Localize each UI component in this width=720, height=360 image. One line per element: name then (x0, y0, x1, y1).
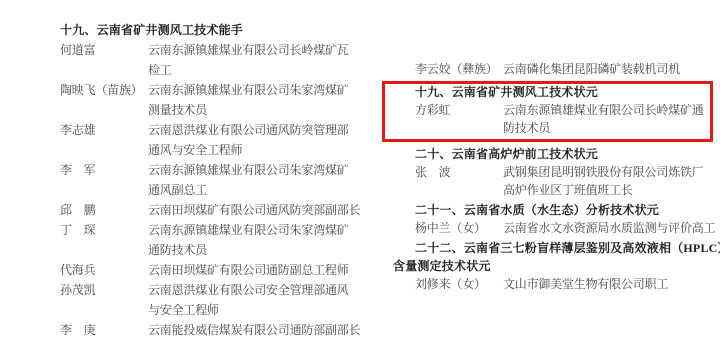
section-heading: 二十一、云南省水质（水生态）分析技术状元 (393, 201, 720, 219)
award-row: 杨中兰（女） 云南省水文水资源局水质监测与评价高工 (393, 219, 720, 237)
left-column: 十九、云南省矿井测风工技术能手 何道富 云南东源镇雄煤业有限公司长岭煤矿瓦 检工… (60, 20, 352, 340)
award-row: 丁 琛 云南东源镇雄煤业有限公司朱家湾煤矿 通防技术员 (60, 220, 352, 260)
awardee-title: 云南恩洪煤业有限公司通风防突管理部 通风与安全工程师 (148, 120, 352, 160)
awardee-title: 云南东源镇雄煤业有限公司朱家湾煤矿 通防技术员 (148, 220, 352, 260)
award-row: 李 庚 云南能投威信煤炭有限公司通防部副部长 (60, 320, 352, 340)
awardee-name: 李志雄 (60, 120, 148, 140)
award-row: 方彩虹 云南东源镇雄煤业有限公司长岭煤矿通 防技术员 (385, 101, 710, 137)
awardee-name: 李 军 (60, 160, 148, 180)
awardee-name: 李云姣（彝族） (415, 60, 503, 78)
award-row: 李 军 云南东源镇雄煤业有限公司朱家湾煤矿 通风副总工 (60, 160, 352, 200)
section-heading: 二十二、云南省三七粉盲样薄层鉴别及高效液相（HPLC） 含量测定技术状元 (393, 239, 720, 275)
highlight-box-red: 十九、云南省矿井测风工技术状元 方彩虹 云南东源镇雄煤业有限公司长岭煤矿通 防技… (382, 81, 713, 142)
awardee-title: 云南恩洪煤业有限公司安全管理部通风 与安全工程师 (148, 280, 352, 320)
section-heading: 二十、云南省高炉炉前工技术状元 (393, 145, 720, 163)
award-row: 刘修来（女） 文山市御美堂生物有限公司职工 (393, 275, 720, 293)
awardee-name: 邱 鹏 (60, 200, 148, 220)
awardee-name: 方彩虹 (415, 101, 503, 119)
document-page: 十九、云南省矿井测风工技术能手 何道富 云南东源镇雄煤业有限公司长岭煤矿瓦 检工… (0, 0, 720, 360)
awardee-title: 云南东源镇雄煤业有限公司朱家湾煤矿 通风副总工 (148, 160, 352, 200)
awardee-title: 武钢集团昆明钢铁股份有限公司炼铁厂 高炉作业区丁班值班工长 (503, 163, 720, 199)
awardee-title: 云南东源镇雄煤业有限公司长岭煤矿通 防技术员 (503, 101, 710, 137)
awardee-name: 丁 琛 (60, 220, 148, 240)
awardee-title: 云南磷化集团昆阳磷矿装载机司机 (503, 60, 720, 78)
awardee-name: 刘修来（女） (415, 275, 503, 293)
awardee-name: 杨中兰（女） (415, 219, 503, 237)
awardee-title: 云南东源镇雄煤业有限公司朱家湾煤矿 测量技术员 (148, 80, 352, 120)
award-row: 邱 鹏 云南田坝煤矿有限公司通风防突部副部长 (60, 200, 352, 220)
awardee-name: 何道富 (60, 40, 148, 60)
section-heading: 十九、云南省矿井测风工技术能手 (60, 20, 352, 40)
awardee-name: 代海兵 (60, 260, 148, 280)
awardee-name: 孙茂凯 (60, 280, 148, 300)
awardee-title: 云南田坝煤矿有限公司通风防突部副部长 (148, 200, 360, 220)
award-row: 代海兵 云南田坝煤矿有限公司通防副总工程师 (60, 260, 352, 280)
award-row: 孙茂凯 云南恩洪煤业有限公司安全管理部通风 与安全工程师 (60, 280, 352, 320)
awardee-name: 张 波 (415, 163, 503, 181)
award-row: 李云姣（彝族） 云南磷化集团昆阳磷矿装载机司机 (393, 60, 720, 78)
awardee-title: 云南田坝煤矿有限公司通防副总工程师 (148, 260, 352, 280)
awardee-title: 云南省水文水资源局水质监测与评价高工 (503, 219, 720, 237)
awardee-name: 李 庚 (60, 320, 148, 340)
awardee-title: 云南东源镇雄煤业有限公司长岭煤矿瓦 检工 (148, 40, 352, 80)
award-row: 何道富 云南东源镇雄煤业有限公司长岭煤矿瓦 检工 (60, 40, 352, 80)
award-row: 张 波 武钢集团昆明钢铁股份有限公司炼铁厂 高炉作业区丁班值班工长 (393, 163, 720, 199)
awardee-name: 陶映飞（苗族） (60, 80, 148, 100)
section-heading-highlighted: 十九、云南省矿井测风工技术状元 (385, 84, 710, 101)
awardee-title: 文山市御美堂生物有限公司职工 (503, 275, 720, 293)
award-row: 李志雄 云南恩洪煤业有限公司通风防突管理部 通风与安全工程师 (60, 120, 352, 160)
awardee-title: 云南能投威信煤炭有限公司通防部副部长 (148, 320, 360, 340)
right-column: 李云姣（彝族） 云南磷化集团昆阳磷矿装载机司机 十九、云南省矿井测风工技术状元 … (393, 60, 720, 293)
award-row: 陶映飞（苗族） 云南东源镇雄煤业有限公司朱家湾煤矿 测量技术员 (60, 80, 352, 120)
